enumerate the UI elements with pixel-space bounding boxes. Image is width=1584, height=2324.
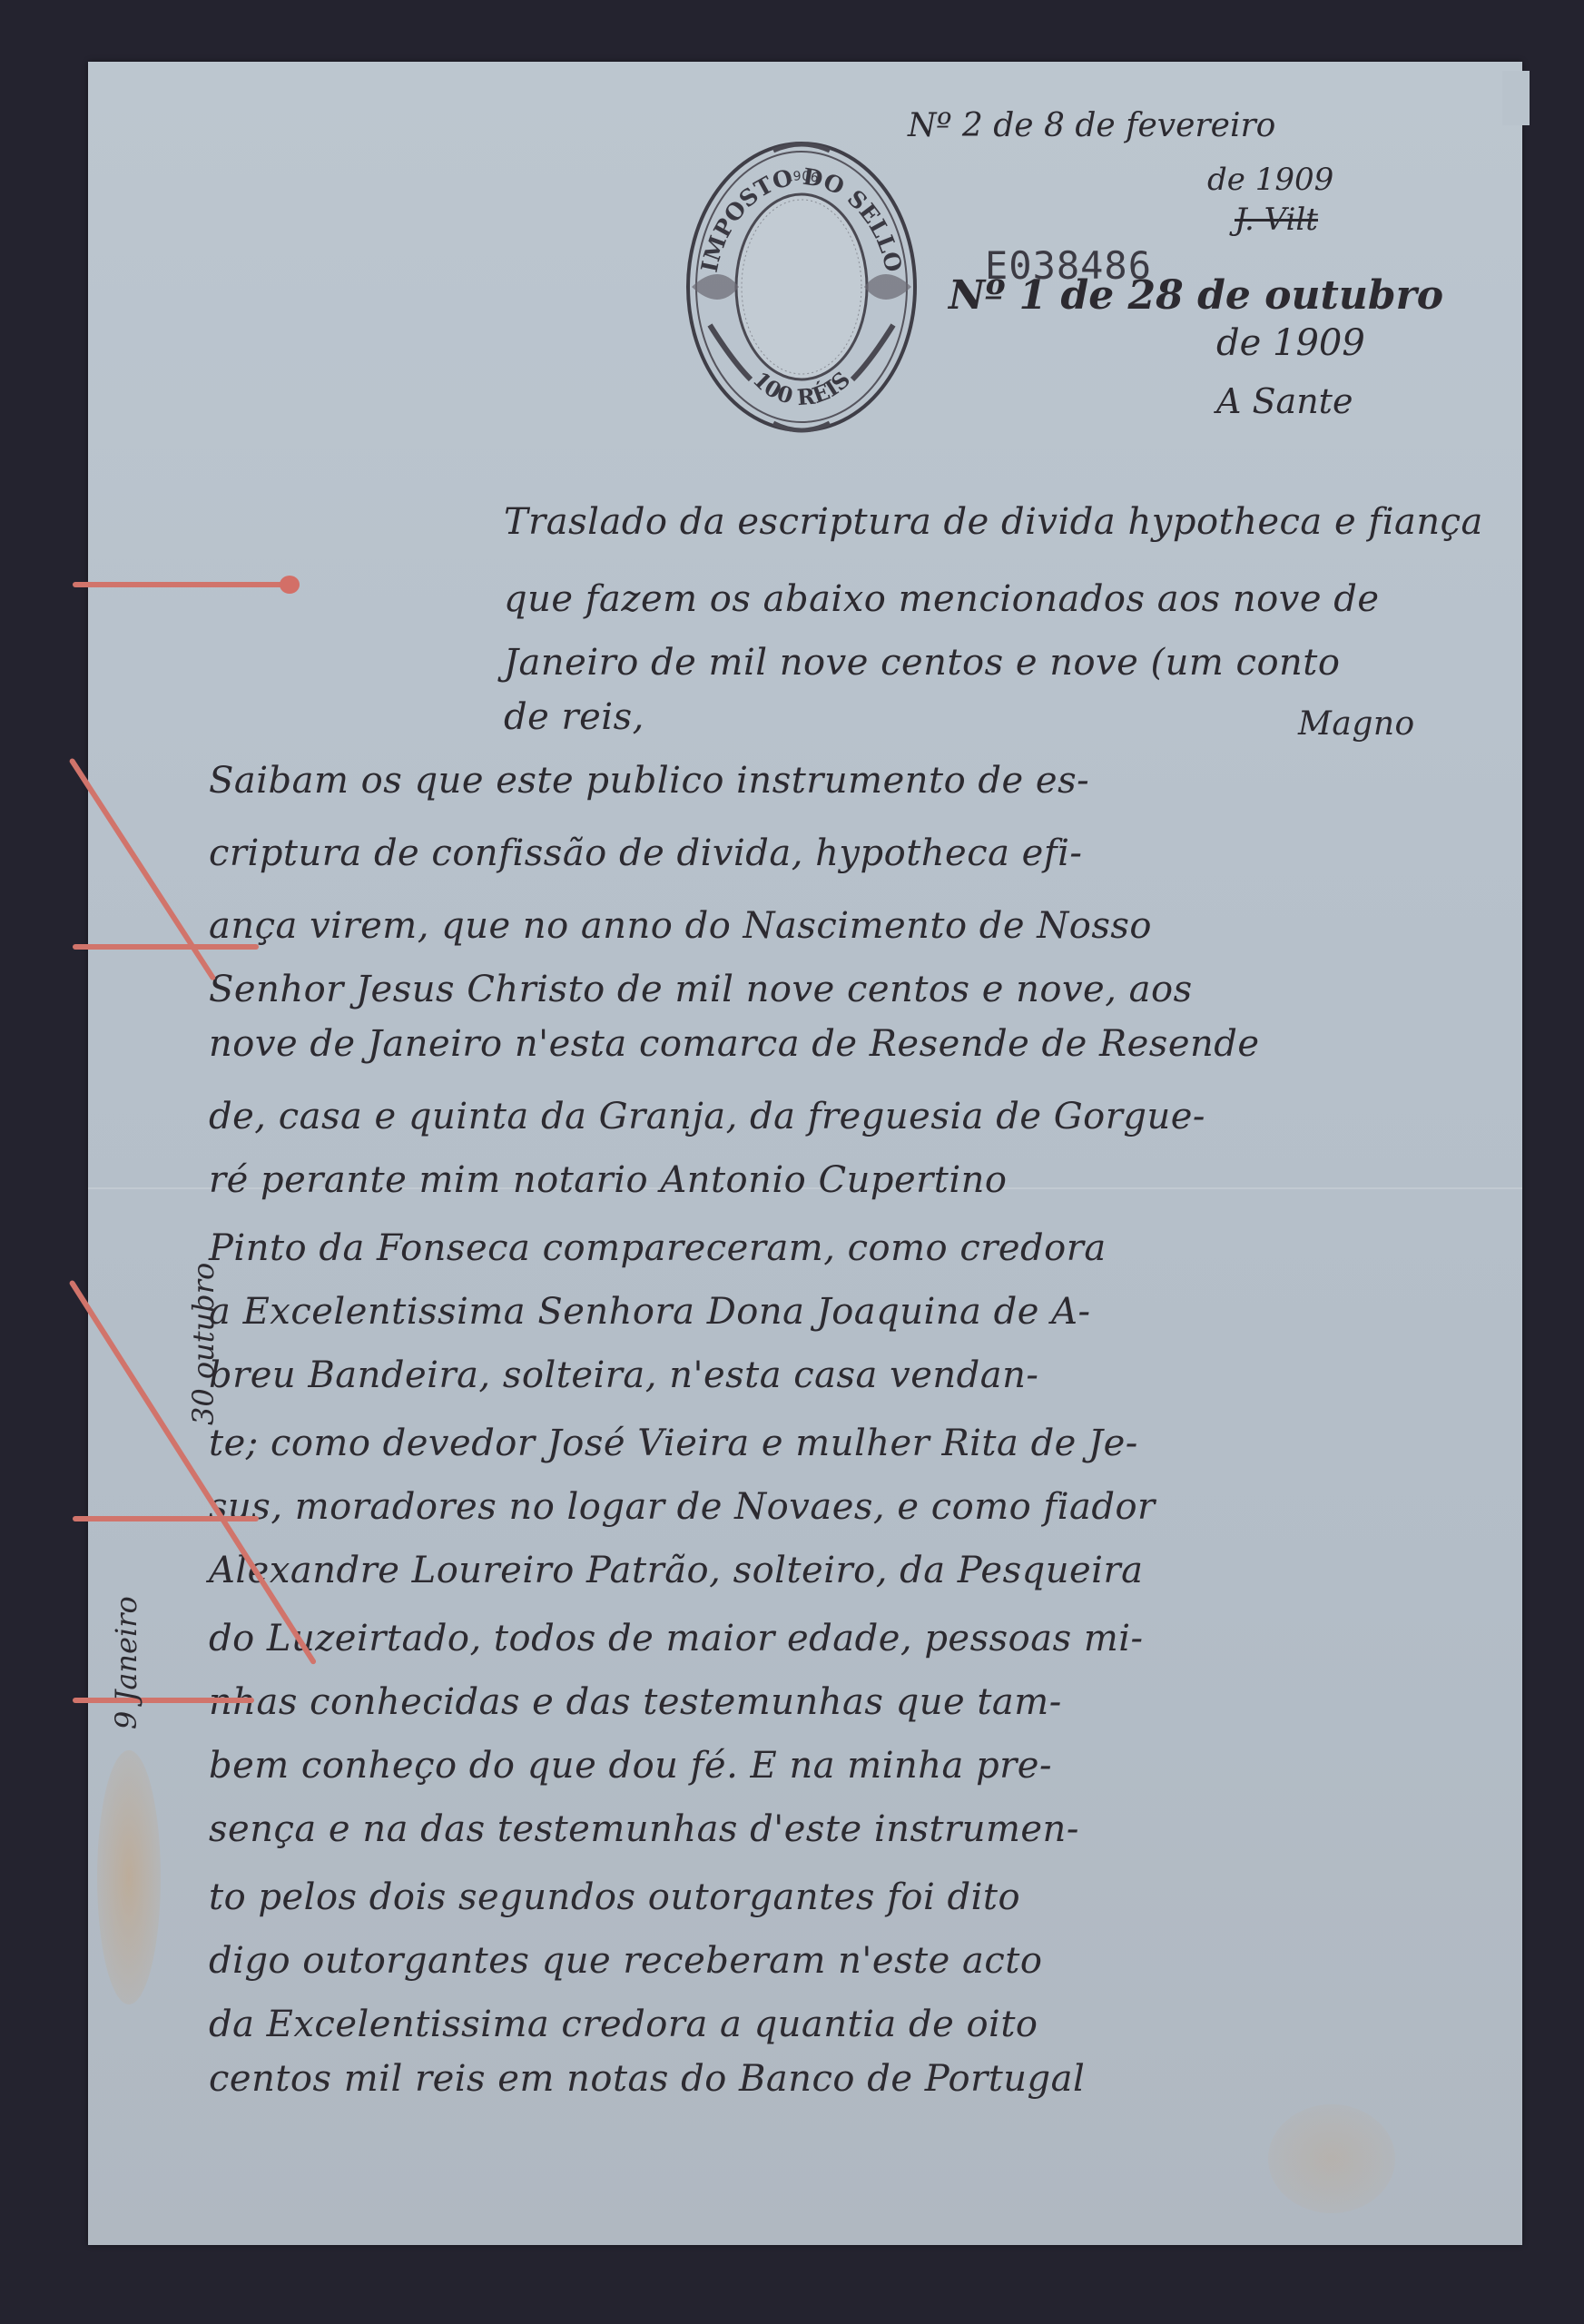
tax-stamp: IMPOSTO DO SELLO 1906 100 RÉIS (683, 134, 920, 439)
body-line: criptura de confissão de divida, hypothe… (209, 835, 1082, 871)
string-knot (280, 576, 300, 594)
title-line: que fazem os abaixo mencionados aos nove… (504, 581, 1380, 617)
title-line: Traslado da escriptura de divida hypothe… (504, 504, 1483, 540)
margin-note: 30 outubro (186, 1263, 221, 1425)
body-line: sença e na das testemunhas d'este instru… (209, 1811, 1079, 1847)
header-note: de 1909 (1216, 322, 1365, 364)
body-line: Alexandre Loureiro Patrão, solteiro, da … (209, 1552, 1143, 1589)
header-note: Nº 2 de 8 de fevereiro (908, 107, 1275, 144)
body-line: nhas conhecidas e das testemunhas que ta… (209, 1684, 1062, 1720)
body-line: da Excelentissima credora a quantia de o… (209, 2006, 1038, 2043)
body-line: a Excelentissima Senhora Dona Joaquina d… (209, 1294, 1091, 1330)
string-segment (73, 1516, 259, 1521)
margin-note: 9 Janeiro (109, 1596, 143, 1729)
body-line: to pelos dois segundos outorgantes foi d… (209, 1879, 1020, 1915)
title-signature: Magno (1298, 708, 1415, 741)
string-segment (73, 582, 295, 587)
body-line: digo outorgantes que receberam n'este ac… (209, 1943, 1042, 1979)
title-line: Janeiro de mil nove centos e nove (um co… (504, 645, 1340, 681)
body-line: ré perante mim notario Antonio Cupertino (209, 1162, 1007, 1198)
body-line: te; como devedor José Vieira e mulher Ri… (209, 1425, 1138, 1462)
body-line: Saibam os que este publico instrumento d… (209, 763, 1089, 799)
header-note: Nº 1 de 28 de outubro (949, 272, 1443, 319)
stamp-seal-icon: IMPOSTO DO SELLO 1906 100 RÉIS (683, 134, 920, 439)
stain (1268, 2104, 1395, 2213)
body-line: breu Bandeira, solteira, n'esta casa ven… (209, 1357, 1038, 1393)
body-line: bem conheço do que dou fé. E na minha pr… (209, 1748, 1052, 1784)
body-line: do Luzeirtado, todos de maior edade, pes… (209, 1620, 1144, 1657)
paper-corner (1502, 71, 1530, 125)
body-line: centos mil reis em notas do Banco de Por… (209, 2061, 1085, 2097)
body-line: Senhor Jesus Christo de mil nove centos … (209, 971, 1193, 1008)
header-note: de 1909 (1207, 162, 1333, 198)
string-segment (73, 944, 259, 950)
stain (97, 1750, 161, 2004)
title-line: de reis, (504, 699, 644, 735)
body-line: nove de Janeiro n'esta comarca de Resend… (209, 1026, 1260, 1062)
body-line: Pinto da Fonseca compareceram, como cred… (209, 1230, 1107, 1266)
string-segment (73, 1698, 254, 1703)
header-signature: A Sante (1216, 381, 1353, 421)
body-line: ança virem, que no anno do Nascimento de… (209, 908, 1152, 944)
body-line: de, casa e quinta da Granja, da freguesi… (209, 1098, 1205, 1135)
header-signature: J. Vilt (1235, 202, 1318, 238)
body-line: sus, moradores no logar de Novaes, e com… (209, 1489, 1156, 1525)
